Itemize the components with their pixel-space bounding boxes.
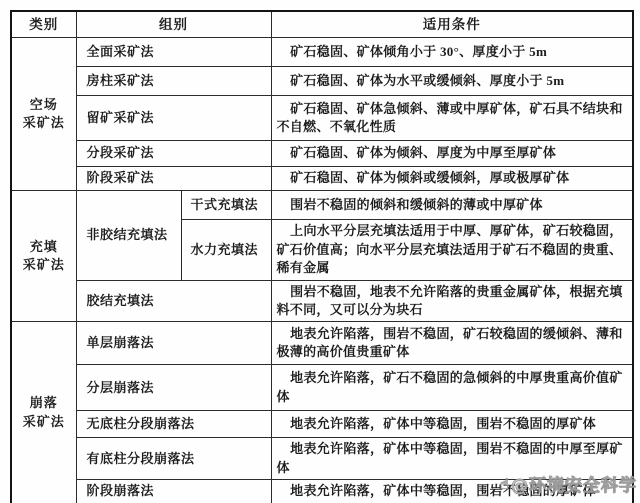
group-cell: 房柱采矿法 [76,67,271,96]
table-row: 房柱采矿法 矿石稳固、矿体为水平或缓倾斜、厚度小于 5m [11,67,633,96]
condition-cell: 上向水平分层充填法适用于中厚、厚矿体，矿石较稳固，矿石价值高；向水平分层充填法适… [271,220,633,280]
category-cell-open-stope: 空场 采矿法 [11,38,76,191]
mining-methods-table-sheet: 类别 组别 适用条件 空场 采矿法 全面采矿法 矿石稳固、矿体倾角小于 30°、… [10,10,634,503]
table-row: 胶结充填法 围岩不稳固，地表不允许陷落的贵重金属矿体，根据充填料不同，又可以分为… [11,280,633,322]
header-row: 类别 组别 适用条件 [11,11,633,38]
condition-cell: 矿石稳固、矿体急倾斜、薄或中厚矿体，矿石具不结块和不自燃、不氧化性质 [271,96,633,141]
condition-cell: 围岩不稳固的倾斜和缓倾斜的薄或中厚矿体 [271,191,633,220]
condition-cell: 矿石稳固、矿体倾角小于 30°、厚度小于 5m [271,38,633,67]
group-cell: 单层崩落法 [76,322,271,365]
col-header-conditions: 适用条件 [271,11,633,38]
table-row: 空场 采矿法 全面采矿法 矿石稳固、矿体倾角小于 30°、厚度小于 5m [11,38,633,67]
table-row: 无底柱分段崩落法 地表允许陷落，矿体中等稳固，围岩不稳固的厚矿体 [11,411,633,438]
condition-cell: 地表允许陷落，矿体中等稳固，围岩不稳固的厚矿体 [271,411,633,438]
category-cell-caving: 崩落 采矿法 [11,322,76,503]
group-cell: 分层崩落法 [76,365,271,411]
condition-cell: 地表允许陷落，矿体中等稳固，围岩不稳固的中厚至厚矿体 [271,438,633,480]
condition-cell: 围岩不稳固，地表不允许陷落的贵重金属矿体，根据充填料不同，又可以分为块石 [271,280,633,322]
table-row: 留矿采矿法 矿石稳固、矿体急倾斜、薄或中厚矿体，矿石具不结块和不自燃、不氧化性质 [11,96,633,141]
col-header-category: 类别 [11,11,76,38]
table-row: 阶段崩落法 地表允许陷落，矿体中等稳固，围岩不稳固的厚矿体 [11,480,633,503]
group-cell: 无底柱分段崩落法 [76,411,271,438]
condition-cell: 地表允许陷落，矿石不稳固的急倾斜的中厚贵重高价值矿体 [271,365,633,411]
table-row: 有底柱分段崩落法 地表允许陷落，矿体中等稳固，围岩不稳固的中厚至厚矿体 [11,438,633,480]
condition-cell: 矿石稳固、矿体为倾斜、厚度为中厚至厚矿体 [271,141,633,167]
condition-cell: 矿石稳固、矿体为水平或缓倾斜、厚度小于 5m [271,67,633,96]
group-cell: 留矿采矿法 [76,96,271,141]
condition-cell: 地表允许陷落，围岩不稳固，矿石较稳固的缓倾斜、薄和极薄的高价值贵重矿体 [271,322,633,365]
group-cell: 有底柱分段崩落法 [76,438,271,480]
table-row: 分层崩落法 地表允许陷落，矿石不稳固的急倾斜的中厚贵重高价值矿体 [11,365,633,411]
table-row: 充填 采矿法 非胶结充填法 干式充填法 围岩不稳固的倾斜和缓倾斜的薄或中厚矿体 [11,191,633,220]
group-cell: 阶段采矿法 [76,167,271,191]
table-row: 崩落 采矿法 单层崩落法 地表允许陷落，围岩不稳固，矿石较稳固的缓倾斜、薄和极薄… [11,322,633,365]
condition-cell: 地表允许陷落，矿体中等稳固，围岩不稳固的厚矿体 [271,480,633,503]
table-row: 分段采矿法 矿石稳固、矿体为倾斜、厚度为中厚至厚矿体 [11,141,633,167]
mining-methods-table: 类别 组别 适用条件 空场 采矿法 全面采矿法 矿石稳固、矿体倾角小于 30°、… [10,10,634,503]
col-header-group: 组别 [76,11,271,38]
group-cell: 分段采矿法 [76,141,271,167]
category-cell-backfill: 充填 采矿法 [11,191,76,322]
subgroup-cell: 水力充填法 [181,220,271,280]
subgroup-cell: 干式充填法 [181,191,271,220]
table-row: 阶段采矿法 矿石稳固、矿体为倾斜或缓倾斜，厚或极厚矿体 [11,167,633,191]
group-cell: 胶结充填法 [76,280,271,322]
group-cell: 阶段崩落法 [76,480,271,503]
condition-cell: 矿石稳固、矿体为倾斜或缓倾斜，厚或极厚矿体 [271,167,633,191]
group-cell: 全面采矿法 [76,38,271,67]
group-cell: 非胶结充填法 [76,191,181,280]
